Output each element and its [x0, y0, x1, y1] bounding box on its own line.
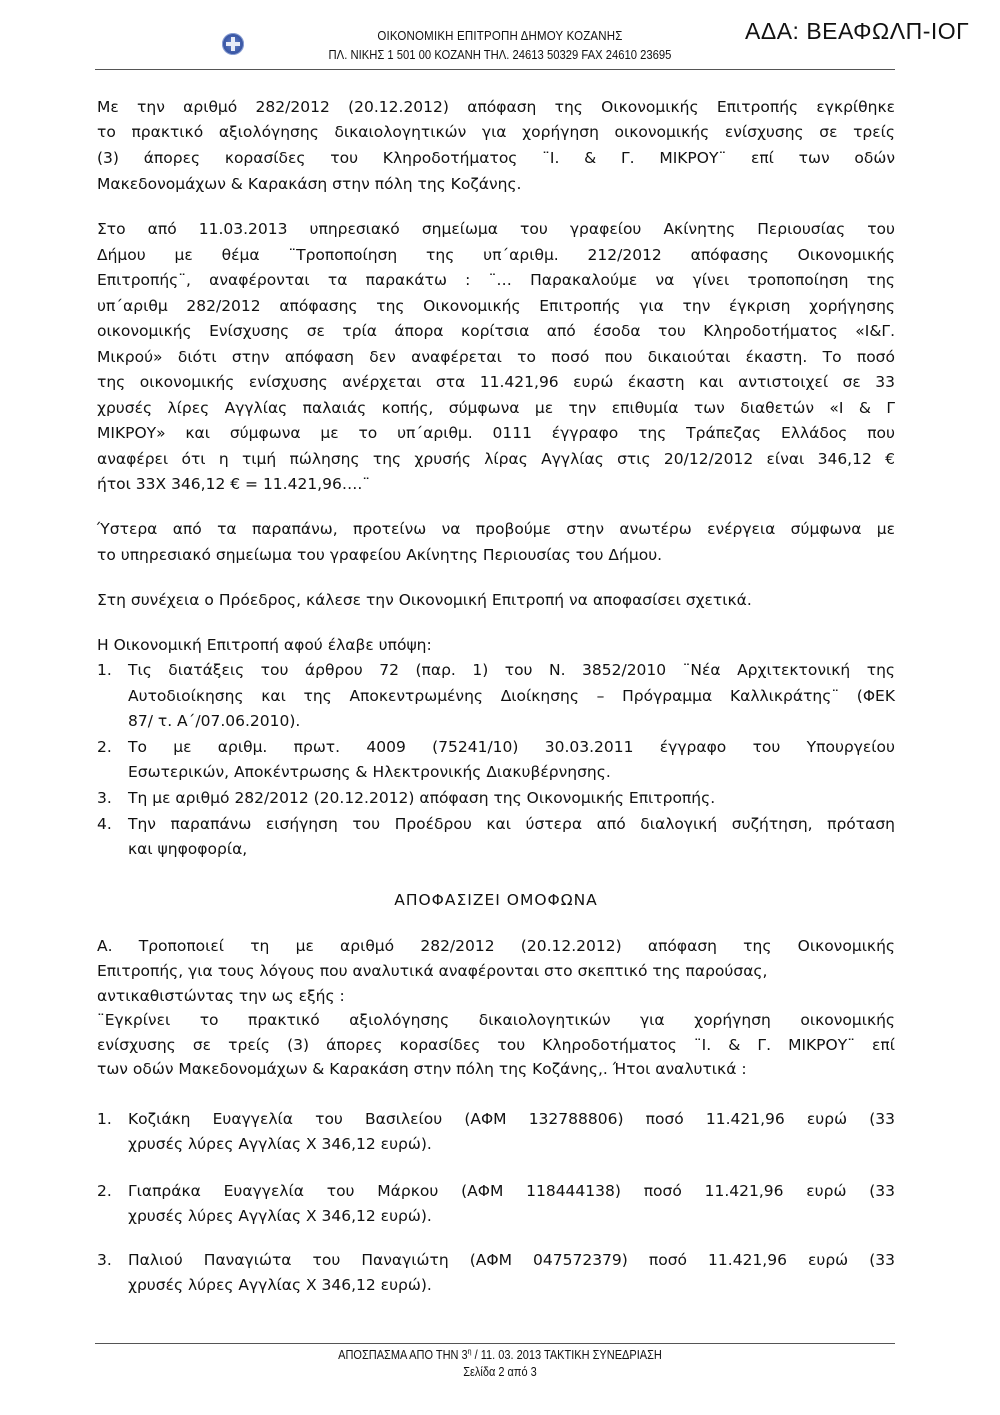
text-line: Τη με αριθμό 282/2012 (20.12.2012) απόφα… [128, 788, 895, 808]
text-line: αντικαθιστώντας την ως εξής : [97, 986, 895, 1006]
list-number: 1. [97, 1109, 112, 1129]
text-line: χρυσές λύρες Αγγλίας Χ 346,12 ευρώ). [128, 1134, 895, 1154]
text-line: και ψηφοφορία, [128, 839, 895, 859]
text-line: Α. Τροποποιεί τη με αριθμό 282/2012 (20.… [97, 936, 895, 956]
text-line: χρυσές λύρες Αγγλίας Χ 346,12 ευρώ). [128, 1206, 895, 1226]
text-line: χρυσές λίρες Αγγλίας παλαιάς κοπής, σύμφ… [97, 398, 895, 418]
text-line: αναφέρει ότι η τιμή πώλησης της χρυσής λ… [97, 449, 895, 469]
text-line: ¨Εγκρίνει το πρακτικό αξιολόγησης δικαιο… [97, 1010, 895, 1030]
footer-session: ΑΠΟΣΠΑΣΜΑ ΑΠΟ ΤΗΝ 3η / 11. 03. 2013 ΤΑΚΤ… [280, 1347, 720, 1362]
text-line: Το με αριθμ. πρωτ. 4009 (75241/10) 30.03… [128, 737, 895, 757]
text-line: Αυτοδιοίκησης και της Αποκεντρωμένης Διο… [128, 686, 895, 706]
text-line: Μικρού» διότι στην απόφαση δεν αναφέρετα… [97, 347, 895, 367]
text-line: Την παραπάνω εισήγηση του Προέδρου και ύ… [128, 814, 895, 834]
text-line: Στο από 11.03.2013 υπηρεσιακό σημείωμα τ… [97, 219, 895, 239]
text-line: Τις διατάξεις του άρθρου 72 (παρ. 1) του… [128, 660, 895, 680]
list-number: 4. [97, 814, 112, 834]
text-line: (3) άπορες κορασίδες του Κληροδοτήματος … [97, 148, 895, 168]
text-line: Εσωτερικών, Αποκέντρωσης & Ηλεκτρονικής … [128, 762, 895, 782]
text-line: ήτοι 33Χ 346,12 € = 11.421,96….¨ [97, 474, 895, 494]
text-line: υπ΄αριθμ 282/2012 απόφασης της Οικονομικ… [97, 296, 895, 316]
greek-coat-of-arms-icon [222, 33, 244, 55]
text-line: Κοζιάκη Ευαγγελία του Βασιλείου (ΑΦΜ 132… [128, 1109, 895, 1129]
header-organization: ΟΙΚΟΝΟΜΙΚΗ ΕΠΙΤΡΟΠΗ ΔΗΜΟΥ ΚΟΖΑΝΗΣ [307, 29, 693, 43]
ada-code: ΑΔΑ: ΒΕΑΦΩΛΠ-ΙΟΓ [745, 18, 969, 45]
text-line: Μακεδονομάχων & Καρακάση στην πόλη της Κ… [97, 174, 895, 194]
text-line: Επιτροπής, για τους λόγους που αναλυτικά… [97, 961, 895, 981]
footer-session-suffix: / 11. 03. 2013 ΤΑΚΤΙΚΗ ΣΥΝΕΔΡΙΑΣΗ [472, 1348, 662, 1362]
header-address: ΠΛ. ΝΙΚΗΣ 1 501 00 ΚΟΖΑΝΗ ΤΗΛ. 24613 503… [275, 48, 725, 62]
text-line: ΜΙΚΡΟΥ» και σύμφωνα με το υπ΄αριθμ. 0111… [97, 423, 895, 443]
list-number: 3. [97, 1250, 112, 1270]
list-number: 2. [97, 737, 112, 757]
text-line: Επιτροπής¨, αναφέρονται τα παρακάτω : ¨…… [97, 270, 895, 290]
considerations-intro: Η Οικονομική Επιτροπή αφού έλαβε υπόψη: [97, 635, 895, 655]
text-line: το υπηρεσιακό σημείωμα του γραφείου Ακίν… [97, 545, 895, 565]
paragraph-chairman: Στη συνέχεια ο Πρόεδρος, κάλεσε την Οικο… [97, 590, 895, 610]
decision-heading: ΑΠΟΦΑΣΙΖΕΙ ΟΜΟΦΩΝΑ [97, 890, 895, 910]
footer-session-prefix: ΑΠΟΣΠΑΣΜΑ ΑΠΟ ΤΗΝ 3 [338, 1348, 468, 1362]
text-line: οικονομικής Ενίσχυσης σε τρία άπορα κορί… [97, 321, 895, 341]
text-line: το πρακτικό αξιολόγησης δικαιολογητικών … [97, 122, 895, 142]
text-line: της οικονομικής ενίσχυσης ανέρχεται στα … [97, 372, 895, 392]
footer-divider [95, 1343, 895, 1344]
text-line: ενίσχυσης σε τρείς (3) άπορες κορασίδες … [97, 1035, 895, 1055]
text-line: Ύστερα από τα παραπάνω, προτείνω να προβ… [97, 519, 895, 539]
list-number: 3. [97, 788, 112, 808]
text-line: χρυσές λύρες Αγγλίας Χ 346,12 ευρώ). [128, 1275, 895, 1295]
text-line: Παλιού Παναγιώτα του Παναγιώτη (ΑΦΜ 0475… [128, 1250, 895, 1270]
text-line: Με την αριθμό 282/2012 (20.12.2012) απόφ… [97, 97, 895, 117]
text-line: Γιαπράκα Ευαγγελία του Μάρκου (ΑΦΜ 11844… [128, 1181, 895, 1201]
text-line: Δήμου με θέμα ¨Τροποποίηση της υπ΄αριθμ.… [97, 245, 895, 265]
list-number: 1. [97, 660, 112, 680]
text-line: 87/ τ. Α΄/07.06.2010). [128, 711, 895, 731]
page-indicator: Σελίδα 2 από 3 [280, 1365, 720, 1379]
list-number: 2. [97, 1181, 112, 1201]
text-line: των οδών Μακεδονομάχων & Καρακάση στην π… [97, 1059, 895, 1079]
header-divider [95, 69, 895, 70]
